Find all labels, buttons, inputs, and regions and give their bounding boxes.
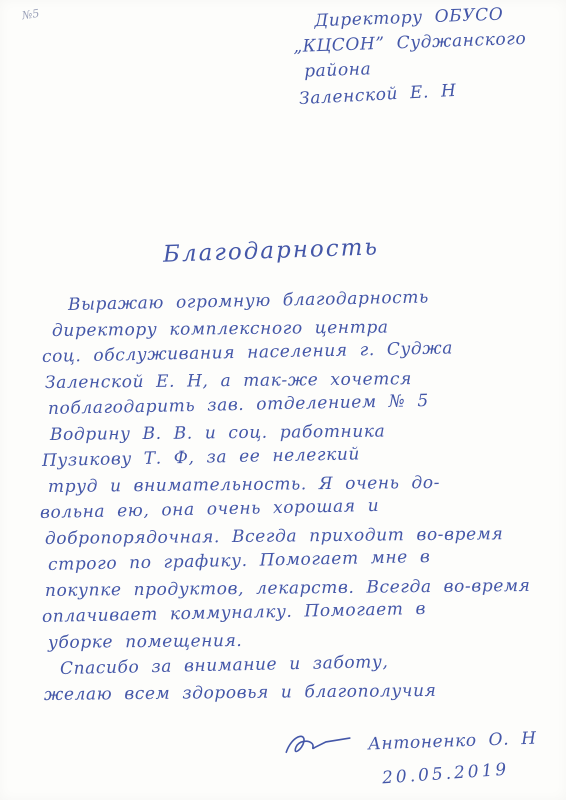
body-line: желаю всем здоровья и благополучия bbox=[44, 677, 550, 708]
corner-note: №5 bbox=[21, 7, 40, 23]
letter-page: №5 Директору ОБУСО „КЦСОН” Суджанского р… bbox=[0, 0, 566, 800]
letter-title: Благодарность bbox=[163, 234, 380, 268]
letter-body: Выражаю огромную благодарность директору… bbox=[40, 292, 550, 708]
signature-flourish-icon bbox=[281, 728, 354, 764]
recipient-header: Директору ОБУСО „КЦСОН” Суджанского райо… bbox=[292, 1, 565, 110]
letter-date: 20.05.2019 bbox=[381, 760, 509, 789]
signature-row: Антоненко О. Н bbox=[281, 722, 537, 765]
signature-name: Антоненко О. Н bbox=[368, 729, 537, 755]
